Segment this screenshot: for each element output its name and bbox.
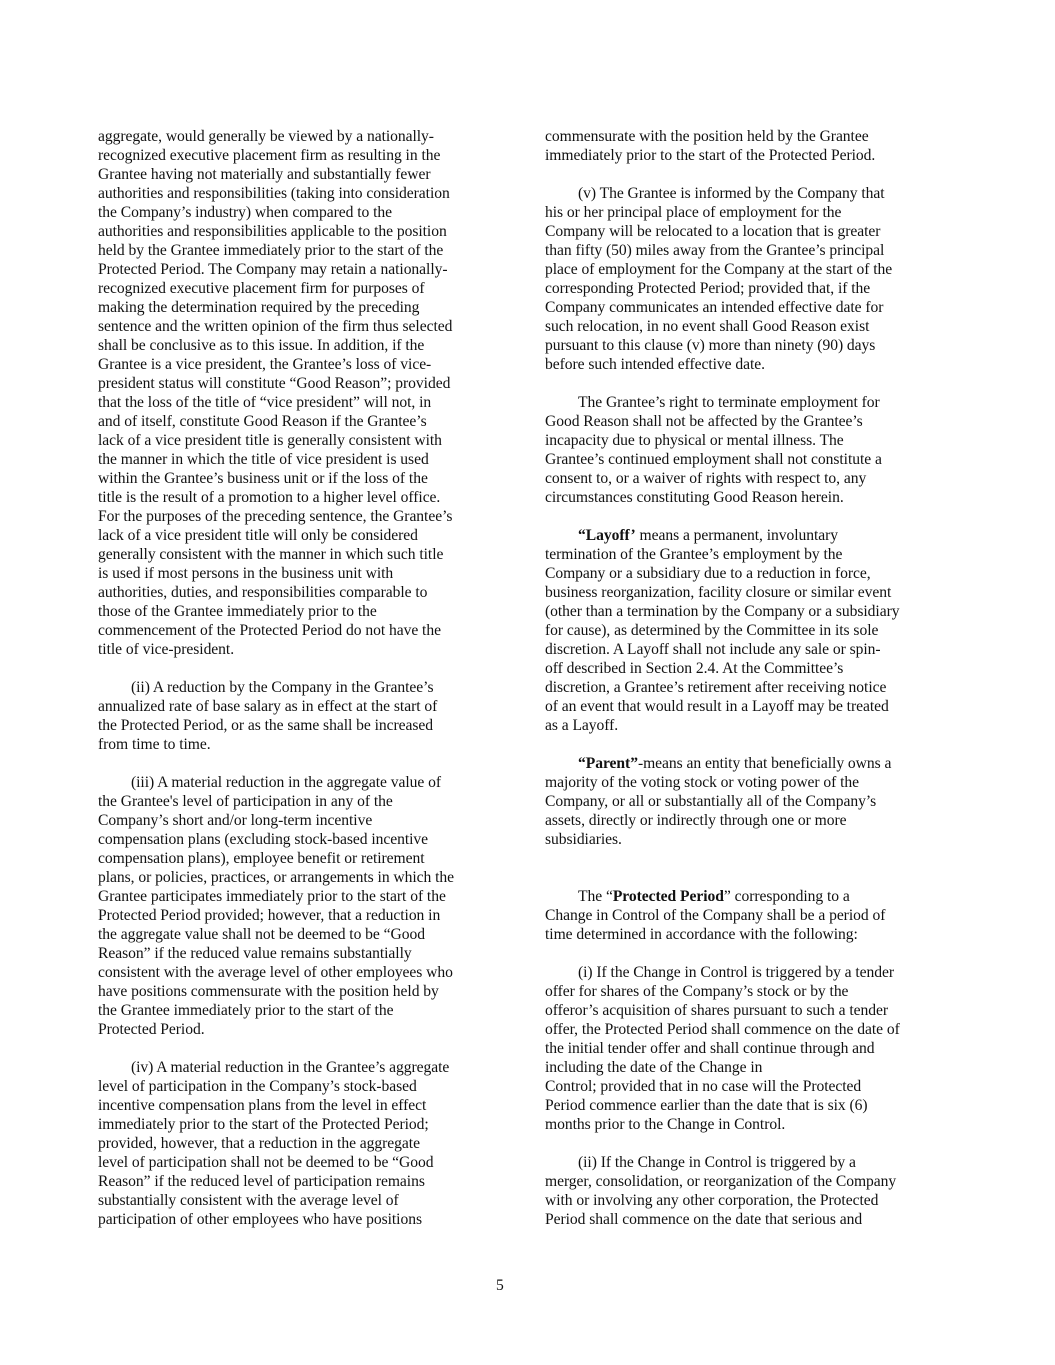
text-line: title of vice-president. [98,640,498,659]
paragraph-spacer [545,849,955,887]
paragraph-protected-period-definition: The “Protected Period” corresponding to … [545,887,955,944]
text-fragment: corresponding to a [731,888,850,905]
text-line: Control; provided that in no case will t… [545,1077,955,1096]
text-line: off described in Section 2.4. At the Com… [545,659,955,678]
text-line: commensurate with the position held by t… [545,127,955,146]
text-line: plans, or policies, practices, or arrang… [98,868,498,887]
text-line: The Grantee’s right to terminate employm… [545,393,955,412]
paragraph-clause-iii-incentive: (iii) A material reduction in the aggreg… [98,773,498,1039]
text-line: Reason” if the reduced value remains sub… [98,944,498,963]
text-fragment: (iv) A material reduction in the Grantee… [131,1059,449,1076]
text-line: (ii) A reduction by the Company in the G… [98,678,498,697]
text-line: is used if most persons in the business … [98,564,498,583]
text-line: lack of a vice president title will only… [98,526,498,545]
text-line: termination of the Grantee’s employment … [545,545,955,564]
paragraph-protected-period-clause-ii: (ii) If the Change in Control is trigger… [545,1153,955,1229]
text-line: time determined in accordance with the f… [545,925,955,944]
text-line: circumstances constituting Good Reason h… [545,488,955,507]
text-line: recognized executive placement firm for … [98,279,498,298]
text-line: The “Protected Period” corresponding to … [545,887,955,906]
paragraph-spacer [545,735,955,754]
text-line: Protected Period provided; however, that… [98,906,498,925]
text-line: authorities, duties, and responsibilitie… [98,583,498,602]
text-line: that the loss of the title of “vice pres… [98,393,498,412]
text-line: Company communicates an intended effecti… [545,298,955,317]
text-line: commencement of the Protected Period do … [98,621,498,640]
text-line: as a Layoff. [545,716,955,735]
open-quote: “ [578,755,586,772]
paragraph-protected-period-clause-i: (i) If the Change in Control is triggere… [545,963,955,1134]
text-line: Grantee participates immediately prior t… [98,887,498,906]
text-line: the manner in which the title of vice pr… [98,450,498,469]
text-line: lack of a vice president title is genera… [98,431,498,450]
text-line: Protected Period. The Company may retain… [98,260,498,279]
text-line: level of participation shall not be deem… [98,1153,498,1172]
text-fragment: (i) If the Change in Control is triggere… [578,964,894,981]
text-line: offer, the Protected Period shall commen… [545,1020,955,1039]
text-line: Grantee’s continued employment shall not… [545,450,955,469]
text-line: for cause), as determined by the Committ… [545,621,955,640]
text-line: months prior to the Change in Control. [545,1115,955,1134]
paragraph-spacer [545,1134,955,1153]
close-quote: ” [724,888,731,905]
text-line: business reorganization, facility closur… [545,583,955,602]
text-line: offeror’s acquisition of shares pursuant… [545,1001,955,1020]
text-line: immediately prior to the start of the Pr… [98,1115,498,1134]
right-column: commensurate with the position held by t… [545,127,955,1229]
text-line: consent to, or a waiver of rights with r… [545,469,955,488]
text-line: (iv) A material reduction in the Grantee… [98,1058,498,1077]
text-line: corresponding Protected Period; provided… [545,279,955,298]
text-line: held by the Grantee immediately prior to… [98,241,498,260]
text-fragment: (iii) A material reduction in the aggreg… [131,774,441,791]
text-line: his or her principal place of employment… [545,203,955,222]
paragraph-clause-ii-salary: (ii) A reduction by the Company in the G… [98,678,498,754]
paragraph-right-to-terminate: The Grantee’s right to terminate employm… [545,393,955,507]
text-line: sentence and the written opinion of the … [98,317,498,336]
text-line: and of itself, constitute Good Reason if… [98,412,498,431]
paragraph-spacer [545,165,955,184]
defined-term-layoff: “Layoff’ [578,527,636,544]
paragraph-spacer [545,944,955,963]
text-line: provided, however, that a reduction in t… [98,1134,498,1153]
text-line: incapacity due to physical or mental ill… [545,431,955,450]
text-line: discretion, a Grantee’s retirement after… [545,678,955,697]
text-line: the Grantee's level of participation in … [98,792,498,811]
text-line: such relocation, in no event shall Good … [545,317,955,336]
text-line: recognized executive placement firm as r… [98,146,498,165]
text-line: Company will be relocated to a location … [545,222,955,241]
paragraph-clause-v-relocation: (v) The Grantee is informed by the Compa… [545,184,955,374]
open-quote: “ [578,527,586,544]
paragraph-good-reason-continued: aggregate, would generally be viewed by … [98,127,498,659]
text-line: discretion. A Layoff shall not include a… [545,640,955,659]
term-text: Parent [586,755,630,772]
text-line: pursuant to this clause (v) more than ni… [545,336,955,355]
text-line: substantially consistent with the averag… [98,1191,498,1210]
text-line: within the Grantee’s business unit or if… [98,469,498,488]
text-line: title is the result of a promotion to a … [98,488,498,507]
text-line: assets, directly or indirectly through o… [545,811,955,830]
text-line: before such intended effective date. [545,355,955,374]
text-line: Protected Period. [98,1020,498,1039]
text-line: (iii) A material reduction in the aggreg… [98,773,498,792]
text-line: compensation plans (excluding stock-base… [98,830,498,849]
paragraph-spacer [545,374,955,393]
document-page: aggregate, would generally be viewed by … [0,0,1055,1365]
text-line: place of employment for the Company at t… [545,260,955,279]
text-line: generally consistent with the manner in … [98,545,498,564]
text-line: “Layoff’ means a permanent, involuntary [545,526,955,545]
text-line: (v) The Grantee is informed by the Compa… [545,184,955,203]
text-line: annualized rate of base salary as in eff… [98,697,498,716]
text-line: “Parent”-means an entity that beneficial… [545,754,955,773]
text-fragment: The “ [578,888,613,905]
paragraph-clause-iv-stock: (iv) A material reduction in the Grantee… [98,1058,498,1229]
text-line: offer for shares of the Company’s stock … [545,982,955,1001]
text-line: with or involving any other corporation,… [545,1191,955,1210]
text-line: the Grantee immediately prior to the sta… [98,1001,498,1020]
defined-term-parent: “Parent” [578,755,638,772]
text-line: compensation plans), employee benefit or… [98,849,498,868]
text-line: authorities and responsibilities applica… [98,222,498,241]
text-line: making the determination required by the… [98,298,498,317]
text-line: Company’s short and/or long-term incenti… [98,811,498,830]
text-line: incentive compensation plans from the le… [98,1096,498,1115]
text-line: (other than a termination by the Company… [545,602,955,621]
text-line: Period commence earlier than the date th… [545,1096,955,1115]
paragraph-layoff-definition: “Layoff’ means a permanent, involuntary … [545,526,955,735]
close-quote: ” [630,755,638,772]
text-line: level of participation in the Company’s … [98,1077,498,1096]
text-fragment: means a permanent, involuntary [636,527,838,544]
text-line: have positions commensurate with the pos… [98,982,498,1001]
text-line: Grantee is a vice president, the Grantee… [98,355,498,374]
text-line: the Company’s industry) when compared to… [98,203,498,222]
text-fragment: The Grantee’s right to terminate employm… [578,394,880,411]
text-line: the initial tender offer and shall conti… [545,1039,955,1058]
text-line: those of the Grantee immediately prior t… [98,602,498,621]
text-fragment: (ii) A reduction by the Company in the G… [131,679,433,696]
text-line: subsidiaries. [545,830,955,849]
text-line: president status will constitute “Good R… [98,374,498,393]
text-line: including the date of the Change in [545,1058,955,1077]
text-line: For the purposes of the preceding senten… [98,507,498,526]
text-line: Company or a subsidiary due to a reducti… [545,564,955,583]
text-line: than fifty (50) miles away from the Gran… [545,241,955,260]
text-line: Grantee having not materially and substa… [98,165,498,184]
text-line: the Protected Period, or as the same sha… [98,716,498,735]
text-fragment: (ii) If the Change in Control is trigger… [578,1154,856,1171]
text-line: aggregate, would generally be viewed by … [98,127,498,146]
paragraph-spacer [98,1039,498,1058]
paragraph-clause-iv-continued: commensurate with the position held by t… [545,127,955,165]
term-text: Layoff [586,527,631,544]
text-line: (ii) If the Change in Control is trigger… [545,1153,955,1172]
text-line: Change in Control of the Company shall b… [545,906,955,925]
text-line: participation of other employees who hav… [98,1210,498,1229]
text-line: Good Reason shall not be affected by the… [545,412,955,431]
text-line: authorities and responsibilities (taking… [98,184,498,203]
text-line: the aggregate value shall not be deemed … [98,925,498,944]
text-line: Company, or all or substantially all of … [545,792,955,811]
text-line: from time to time. [98,735,498,754]
text-line: immediately prior to the start of the Pr… [545,146,955,165]
paragraph-parent-definition: “Parent”-means an entity that beneficial… [545,754,955,849]
text-line: (i) If the Change in Control is triggere… [545,963,955,982]
text-line: majority of the voting stock or voting p… [545,773,955,792]
left-column: aggregate, would generally be viewed by … [98,127,498,1229]
paragraph-spacer [98,659,498,678]
paragraph-spacer [545,507,955,526]
text-line: Period shall commence on the date that s… [545,1210,955,1229]
text-fragment: (v) The Grantee is informed by the Compa… [578,185,885,202]
text-line: merger, consolidation, or reorganization… [545,1172,955,1191]
text-line: shall be conclusive as to this issue. In… [98,336,498,355]
page-number: 5 [496,1276,504,1295]
text-fragment: -means an entity that beneficially owns … [638,755,891,772]
defined-term-protected-period: Protected Period [613,888,724,905]
paragraph-spacer [98,754,498,773]
text-line: of an event that would result in a Layof… [545,697,955,716]
text-line: Reason” if the reduced level of particip… [98,1172,498,1191]
text-line: consistent with the average level of oth… [98,963,498,982]
